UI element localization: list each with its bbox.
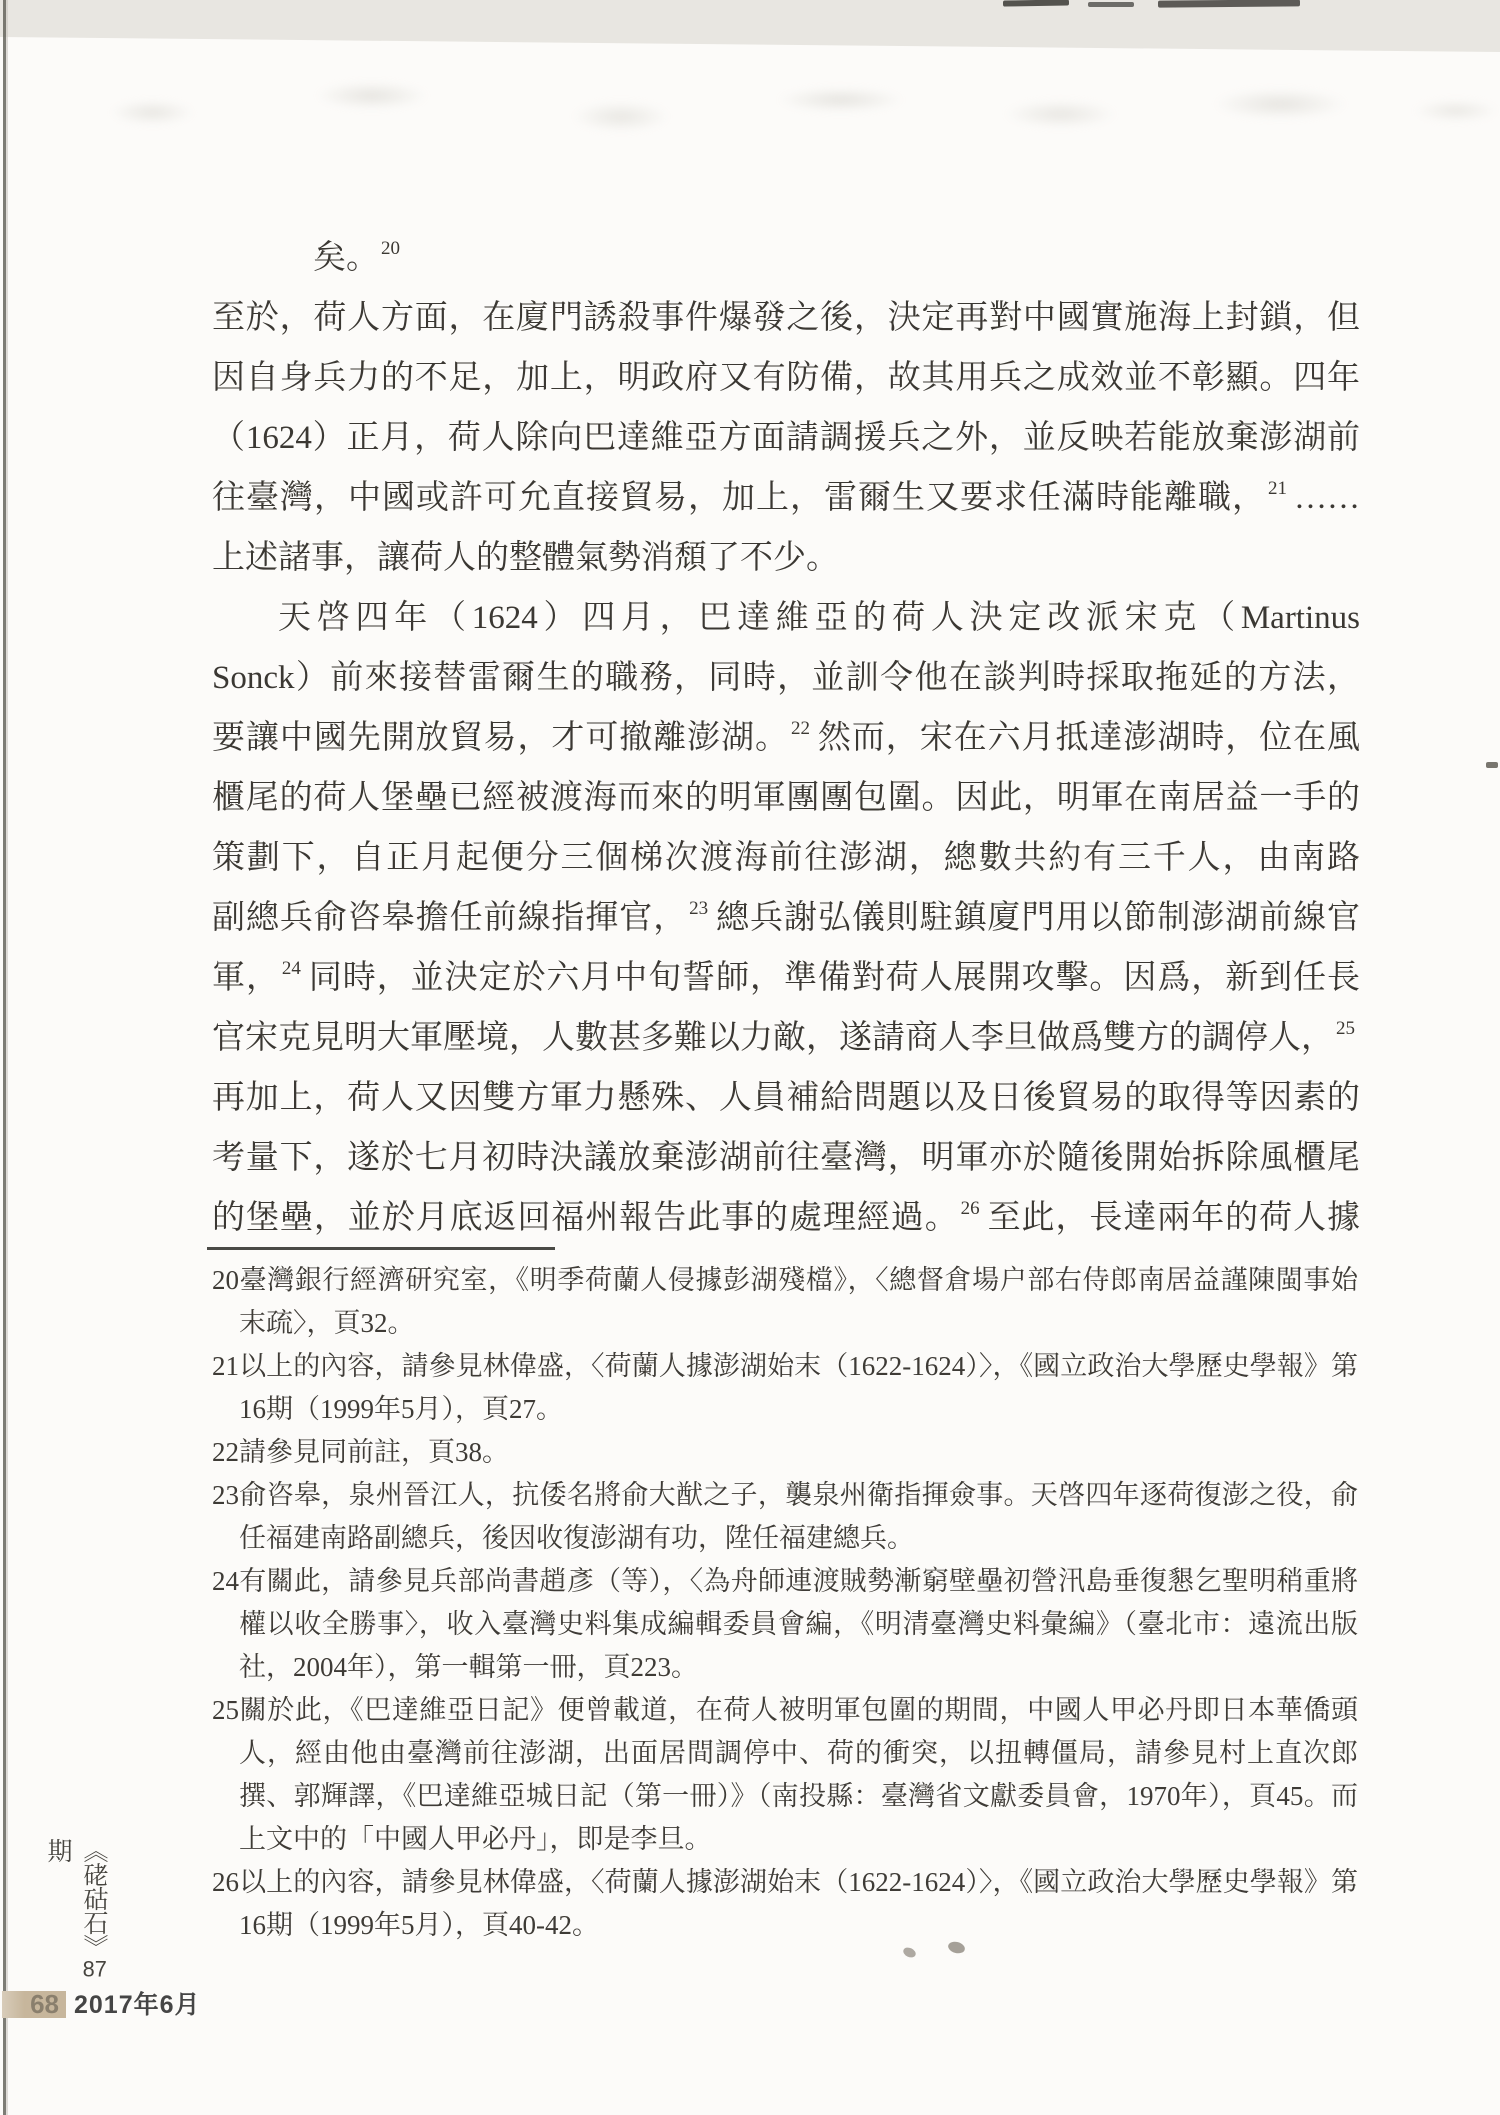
scan-speck bbox=[902, 1946, 918, 1960]
page-number: 68 bbox=[30, 1989, 59, 2019]
footnote-text: 俞咨皋，泉州晉江人，抗倭名將俞大猷之子，襲泉州衛指揮僉事。天啓四年逐荷復澎之役，… bbox=[239, 1480, 1358, 1553]
line-text: 官宋克見明大軍壓境，人數甚多難以力敵，遂請商人李旦做爲雙方的調停人， bbox=[212, 1020, 1334, 1056]
footnote-number: 20 bbox=[212, 1259, 239, 1302]
footnote-text: 以上的內容，請參見林偉盛，〈荷蘭人據澎湖始末（1622-1624）〉，《國立政治… bbox=[239, 1867, 1358, 1940]
text-line: 考量下，遂於七月初時決議放棄澎湖前往臺灣，明軍亦於隨後開始拆除風櫃尾 bbox=[212, 1128, 1360, 1188]
footnote-number: 24 bbox=[212, 1560, 239, 1603]
line-text: 至於，荷人方面，在廈門誘殺事件爆發之後，決定再對中國實施海上封鎖，但 bbox=[212, 300, 1360, 336]
scan-smudge bbox=[1003, 0, 1069, 7]
line-text: 櫃尾的荷人堡壘已經被渡海而來的明軍團團包圍。因此，明軍在南居益一手的 bbox=[212, 780, 1360, 816]
text-line: 上述諸事，讓荷人的整體氣勢消頹了不少。 bbox=[212, 528, 1360, 588]
text-line: 副總兵俞咨皋擔任前線指揮官，23總兵謝弘儀則駐鎮廈門用以節制澎湖前線官 bbox=[212, 888, 1360, 948]
line-text: 副總兵俞咨皋擔任前線指揮官， bbox=[212, 900, 687, 936]
issue-number: 87 bbox=[82, 1958, 107, 1980]
line-text: 再加上，荷人又因雙方軍力懸殊、人員補給問題以及日後貿易的取得等因素的 bbox=[212, 1080, 1360, 1116]
footnote-text: 有關此，請參見兵部尚書趙彥（等），〈為舟師連渡賊勢漸窮壁壘初營汛島垂復懇乞聖明稍… bbox=[239, 1566, 1358, 1682]
line-text: 然而，宋在六月抵達澎湖時，位在風 bbox=[817, 720, 1360, 756]
text-line: （1624）正月，荷人除向巴達維亞方面請調援兵之外，並反映若能放棄澎湖前 bbox=[212, 408, 1360, 468]
issue-date: 2017年6月 bbox=[74, 1992, 201, 2019]
footnote-text: 臺灣銀行經濟研究室，《明季荷蘭人侵據彭湖殘檔》，〈總督倉場户部右侍郎南居益謹陳閩… bbox=[239, 1265, 1358, 1338]
footnote-number: 26 bbox=[212, 1861, 239, 1904]
line-text: 的堡壘，並於月底返回福州報告此事的處理經過。 bbox=[212, 1200, 959, 1236]
footnote-22: 22請參見同前註，頁38。 bbox=[212, 1431, 1358, 1474]
text-line: 天啓四年（1624）四月，巴達維亞的荷人決定改派宋克（Martinus bbox=[212, 588, 1360, 648]
text-line: 因自身兵力的不足，加上，明政府又有防備，故其用兵之成效並不彰顯。四年 bbox=[212, 348, 1360, 408]
footnote-ref-24: 24 bbox=[282, 958, 301, 979]
journal-title-vertical: 《硓𥑮石》87期 bbox=[40, 1838, 112, 1988]
text-line: 的堡壘，並於月底返回福州報告此事的處理經過。26至此，長達兩年的荷人據 bbox=[212, 1188, 1360, 1248]
scan-speck bbox=[1486, 762, 1498, 768]
line-text: 至此，長達兩年的荷人據 bbox=[987, 1200, 1360, 1236]
footnote-ref-22: 22 bbox=[791, 718, 810, 739]
footnote-20: 20臺灣銀行經濟研究室，《明季荷蘭人侵據彭湖殘檔》，〈總督倉場户部右侍郎南居益謹… bbox=[212, 1259, 1358, 1345]
page-edge-line-soft bbox=[6, 0, 8, 2115]
line-text: （1624）正月，荷人除向巴達維亞方面請調援兵之外，並反映若能放棄澎湖前 bbox=[212, 420, 1360, 456]
journal-name: 《硓𥑮石》 bbox=[80, 1838, 108, 1958]
scan-smudge bbox=[1088, 2, 1134, 7]
line-text: 要讓中國先開放貿易，才可撤離澎湖。 bbox=[212, 720, 789, 756]
footnote-text: 以上的內容，請參見林偉盛，〈荷蘭人據澎湖始末（1622-1624）〉，《國立政治… bbox=[239, 1351, 1358, 1424]
line-text: 策劃下，自正月起便分三個梯次渡海前往澎湖，總數共約有三千人，由南路 bbox=[212, 840, 1360, 876]
text-line: 官宋克見明大軍壓境，人數甚多難以力敵，遂請商人李旦做爲雙方的調停人，25 bbox=[212, 1008, 1360, 1068]
line-text: 總兵謝弘儀則駐鎮廈門用以節制澎湖前線官 bbox=[715, 900, 1360, 936]
footnote-ref-21: 21 bbox=[1268, 478, 1287, 499]
text-line: 策劃下，自正月起便分三個梯次渡海前往澎湖，總數共約有三千人，由南路 bbox=[212, 828, 1360, 888]
main-text-block: 矣。20 至於，荷人方面，在廈門誘殺事件爆發之後，決定再對中國實施海上封鎖，但 … bbox=[212, 228, 1360, 1248]
footnote-number: 23 bbox=[212, 1474, 239, 1517]
footnote-number: 25 bbox=[212, 1689, 239, 1732]
footnote-text: 關於此，《巴達維亞日記》便曾載道，在荷人被明軍包圍的期間，中國人甲必丹即日本華僑… bbox=[239, 1695, 1358, 1854]
page-number-badge: 68 bbox=[2, 1991, 66, 2018]
footnote-25: 25關於此，《巴達維亞日記》便曾載道，在荷人被明軍包圍的期間，中國人甲必丹即日本… bbox=[212, 1689, 1358, 1861]
line-text: 矣。 bbox=[313, 240, 379, 276]
text-line: 櫃尾的荷人堡壘已經被渡海而來的明軍團團包圍。因此，明軍在南居益一手的 bbox=[212, 768, 1360, 828]
scanned-journal-page: 矣。20 至於，荷人方面，在廈門誘殺事件爆發之後，決定再對中國實施海上封鎖，但 … bbox=[0, 0, 1500, 2115]
footnote-number: 22 bbox=[212, 1431, 239, 1474]
line-text: 天啓四年（1624）四月，巴達維亞的荷人決定改派宋克（Martinus bbox=[278, 600, 1360, 636]
footnote-21: 21以上的內容，請參見林偉盛，〈荷蘭人據澎湖始末（1622-1624）〉，《國立… bbox=[212, 1345, 1358, 1431]
issue-unit: 期 bbox=[44, 1838, 72, 1862]
line-text: 因自身兵力的不足，加上，明政府又有防備，故其用兵之成效並不彰顯。四年 bbox=[212, 360, 1360, 396]
text-line: 矣。20 bbox=[212, 228, 1360, 288]
line-text: Sonck）前來接替雷爾生的職務，同時，並訓令他在談判時採取拖延的方法， bbox=[212, 660, 1360, 696]
text-line: 至於，荷人方面，在廈門誘殺事件爆發之後，決定再對中國實施海上封鎖，但 bbox=[212, 288, 1360, 348]
footnote-ref-26: 26 bbox=[961, 1198, 980, 1219]
footnote-text: 請參見同前註，頁38。 bbox=[239, 1437, 509, 1467]
text-line: 軍，24同時，並決定於六月中旬誓師，準備對荷人展開攻擊。因爲，新到任長 bbox=[212, 948, 1360, 1008]
scan-ghost-band bbox=[35, 62, 1500, 146]
line-text: 同時，並決定於六月中旬誓師，準備對荷人展開攻擊。因爲，新到任長 bbox=[308, 960, 1360, 996]
footnote-24: 24有關此，請參見兵部尚書趙彥（等），〈為舟師連渡賊勢漸窮壁壘初營汛島垂復懇乞聖… bbox=[212, 1560, 1358, 1689]
footnote-number: 21 bbox=[212, 1345, 239, 1388]
line-text: …… bbox=[1294, 480, 1360, 516]
footnote-separator bbox=[207, 1247, 555, 1250]
text-line: 往臺灣，中國或許可允直接貿易，加上，雷爾生又要求任滿時能離職，21…… bbox=[212, 468, 1360, 528]
scan-smudge bbox=[1158, 0, 1300, 8]
line-text: 軍， bbox=[212, 960, 280, 996]
footnote-23: 23俞咨皋，泉州晉江人，抗倭名將俞大猷之子，襲泉州衛指揮僉事。天啓四年逐荷復澎之… bbox=[212, 1474, 1358, 1560]
line-text: 考量下，遂於七月初時決議放棄澎湖前往臺灣，明軍亦於隨後開始拆除風櫃尾 bbox=[212, 1140, 1360, 1176]
footnotes-block: 20臺灣銀行經濟研究室，《明季荷蘭人侵據彭湖殘檔》，〈總督倉場户部右侍郎南居益謹… bbox=[212, 1259, 1358, 1947]
footnote-ref-23: 23 bbox=[689, 898, 708, 919]
footnote-ref-20: 20 bbox=[381, 238, 400, 259]
scan-top-band bbox=[0, 0, 1500, 54]
text-line: 要讓中國先開放貿易，才可撤離澎湖。22然而，宋在六月抵達澎湖時，位在風 bbox=[212, 708, 1360, 768]
footnote-26: 26以上的內容，請參見林偉盛，〈荷蘭人據澎湖始末（1622-1624）〉，《國立… bbox=[212, 1861, 1358, 1947]
line-text: 上述諸事，讓荷人的整體氣勢消頹了不少。 bbox=[212, 540, 839, 576]
footnote-ref-25: 25 bbox=[1336, 1018, 1355, 1039]
line-text: 往臺灣，中國或許可允直接貿易，加上，雷爾生又要求任滿時能離職， bbox=[212, 480, 1266, 516]
text-line: Sonck）前來接替雷爾生的職務，同時，並訓令他在談判時採取拖延的方法， bbox=[212, 648, 1360, 708]
text-line: 再加上，荷人又因雙方軍力懸殊、人員補給問題以及日後貿易的取得等因素的 bbox=[212, 1068, 1360, 1128]
